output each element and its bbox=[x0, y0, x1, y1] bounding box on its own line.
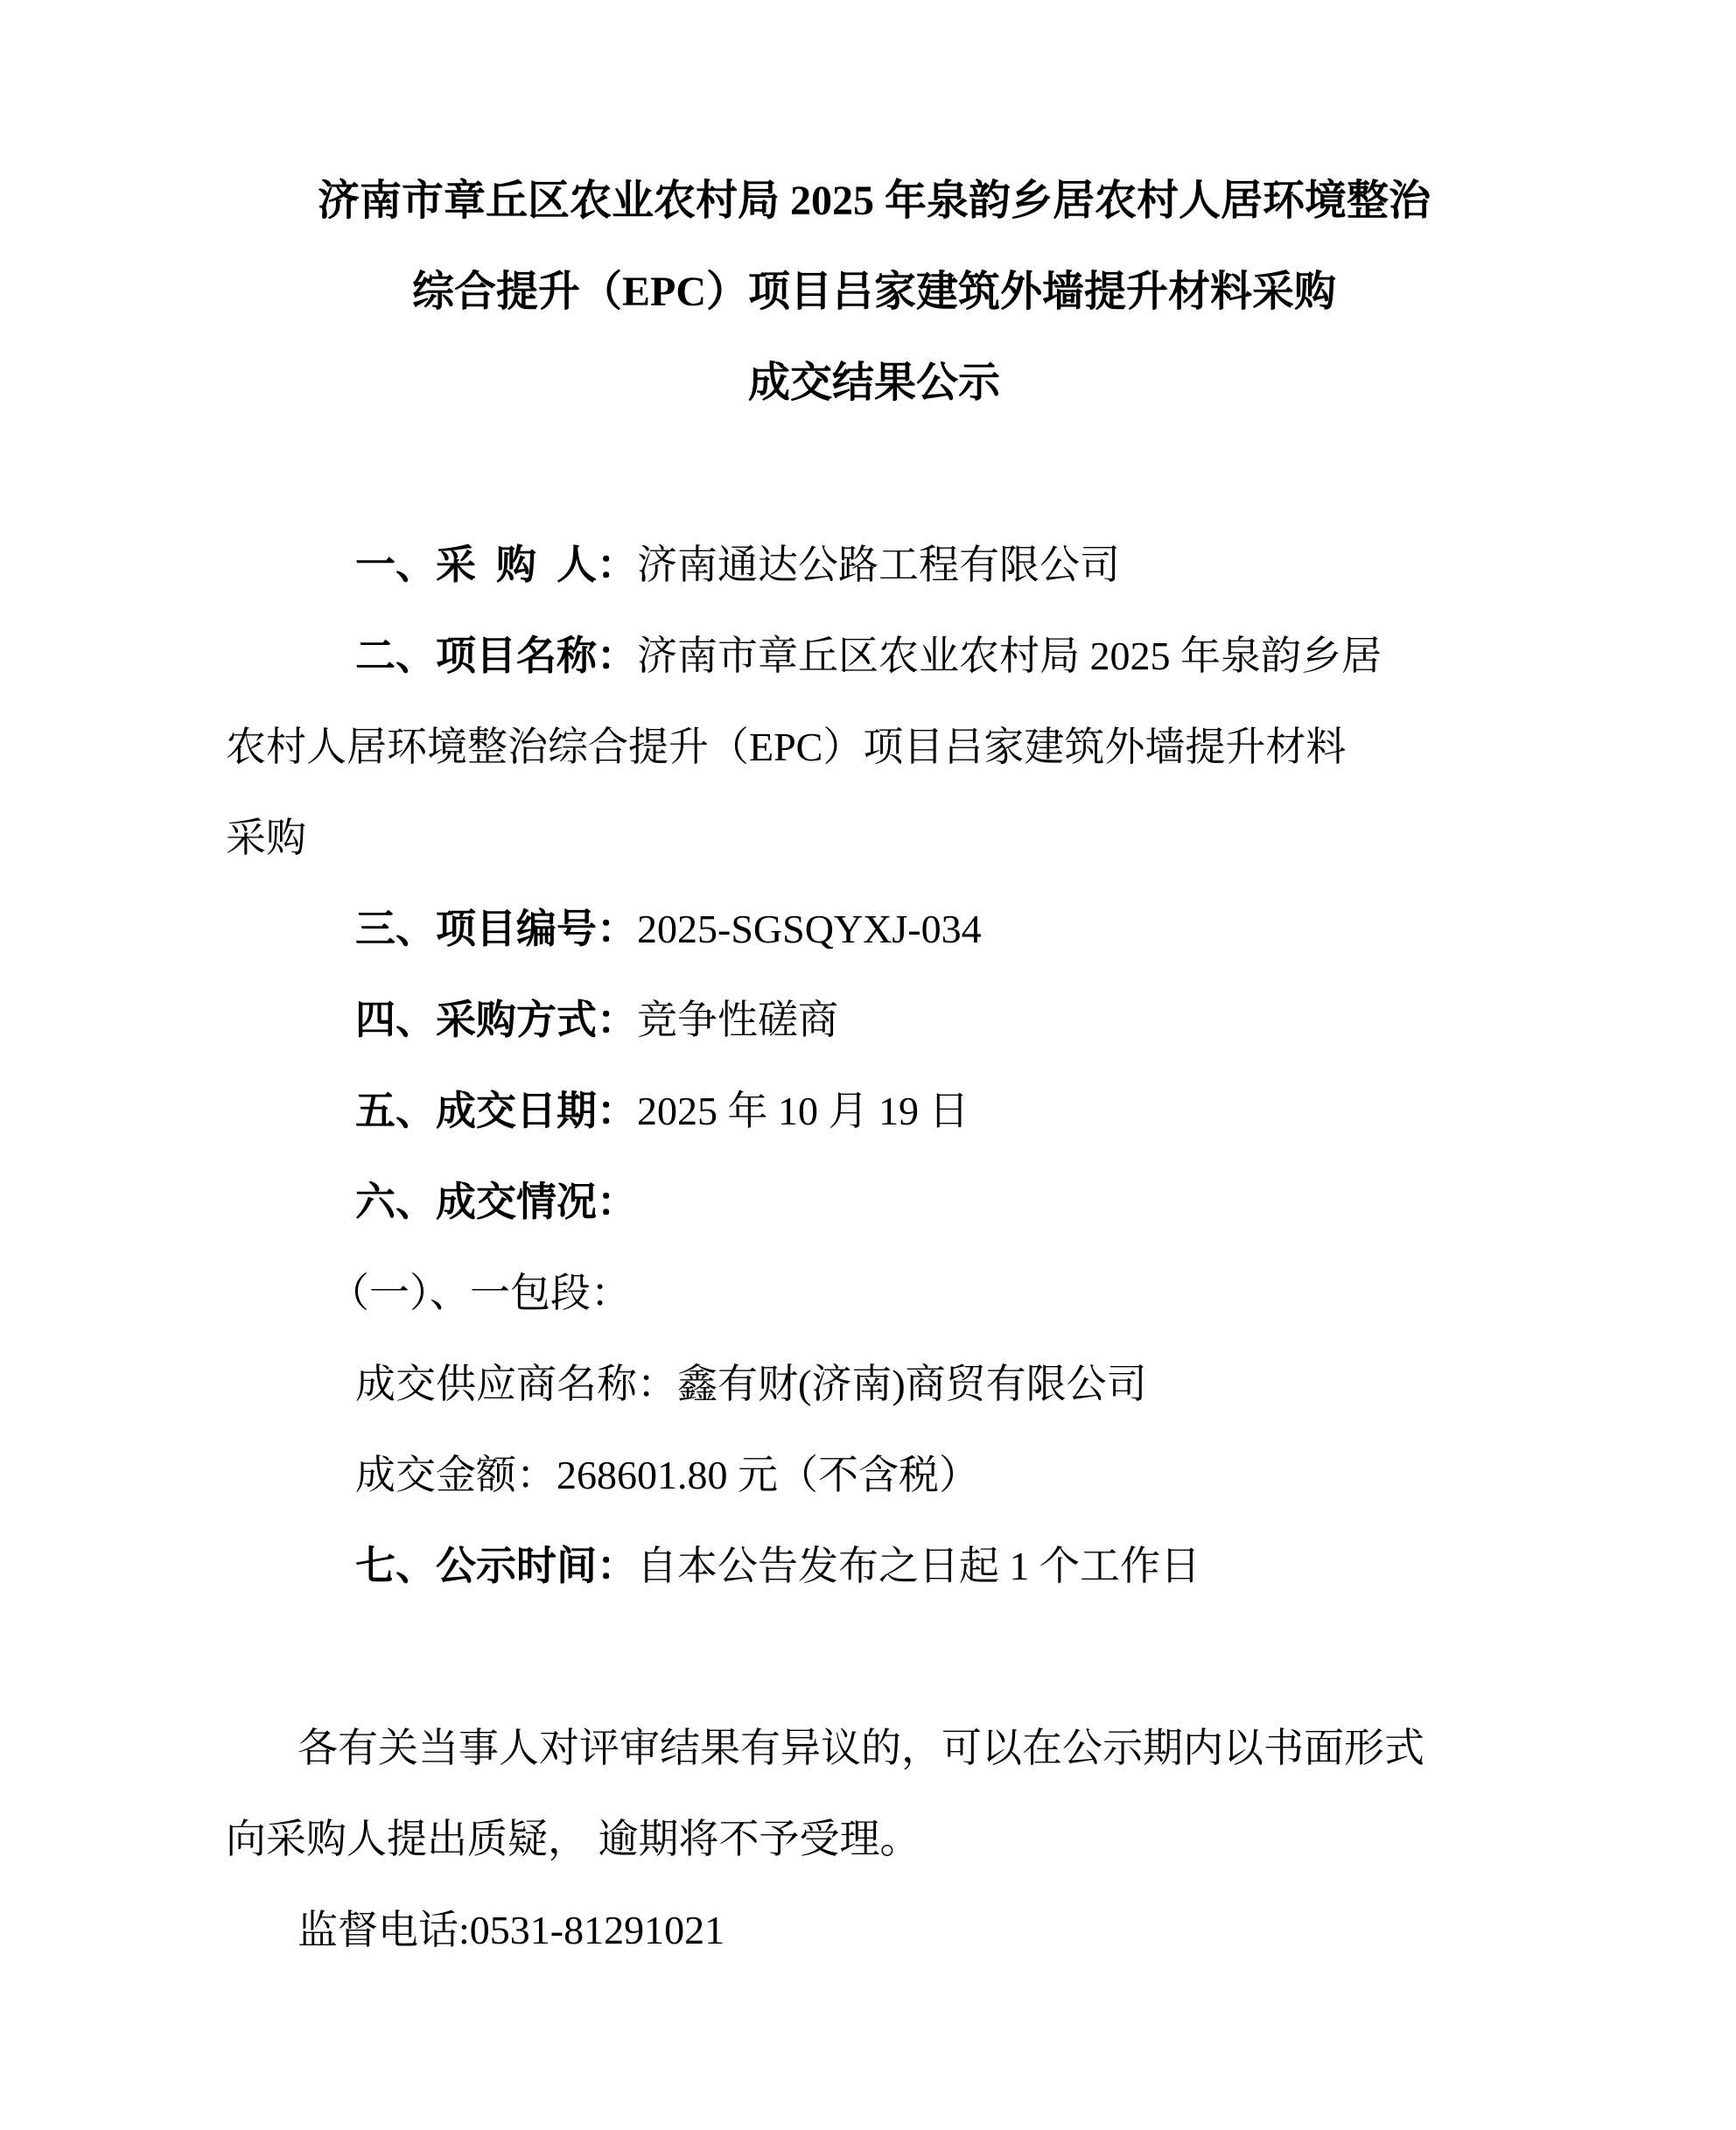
document-content: 济南市章丘区农业农村局 2025 年泉韵乡居农村人居环境整治 综合提升（EPC）… bbox=[0, 0, 1736, 1976]
procurement-method-line: 四、采购方式：竞争性磋商 bbox=[226, 975, 1522, 1066]
supplier-line: 成交供应商名称：鑫有财(济南)商贸有限公司 bbox=[226, 1339, 1522, 1430]
supervision-phone-text: 监督电话:0531-81291021 bbox=[297, 1908, 724, 1952]
body-closing-gap bbox=[226, 1612, 1522, 1703]
procurement-method-value: 竞争性磋商 bbox=[637, 998, 838, 1042]
deal-date-value: 2025 年 10 月 19 日 bbox=[637, 1089, 969, 1133]
purchaser-label: 一、采 购 人： bbox=[355, 543, 637, 587]
deal-date-label: 五、成交日期： bbox=[355, 1089, 637, 1133]
project-name-label: 二、项目名称： bbox=[355, 634, 637, 678]
publicity-period-line: 七、公示时间：自本公告发布之日起 1 个工作日 bbox=[226, 1521, 1522, 1612]
purchaser-line: 一、采 购 人：济南通达公路工程有限公司 bbox=[226, 520, 1522, 611]
objection-text-2: 向采购人提出质疑， 逾期将不予受理。 bbox=[226, 1817, 920, 1861]
project-number-line: 三、项目编号：2025-SGSQYXJ-034 bbox=[226, 884, 1522, 975]
project-number-value: 2025-SGSQYXJ-034 bbox=[637, 907, 982, 951]
project-name-continuation-2: 采购 bbox=[226, 816, 306, 860]
deal-status-label: 六、成交情况： bbox=[355, 1180, 637, 1224]
package-one-text: （一）、一包段： bbox=[329, 1271, 631, 1315]
title-line-2: 综合提升（EPC）项目吕家建筑外墙提升材料采购 bbox=[226, 247, 1522, 338]
supplier-text: 成交供应商名称：鑫有财(济南)商贸有限公司 bbox=[355, 1362, 1147, 1406]
project-name-continuation-line-2: 采购 bbox=[226, 793, 1522, 884]
amount-line: 成交金额：268601.80 元（不含税） bbox=[226, 1430, 1522, 1521]
deal-date-line: 五、成交日期：2025 年 10 月 19 日 bbox=[226, 1066, 1522, 1157]
deal-status-line: 六、成交情况： bbox=[226, 1157, 1522, 1248]
project-name-continuation-line-1: 农村人居环境整治综合提升（EPC）项目吕家建筑外墙提升材料 bbox=[226, 702, 1522, 793]
project-name-continuation-1: 农村人居环境整治综合提升（EPC）项目吕家建筑外墙提升材料 bbox=[226, 725, 1346, 769]
package-one-line: （一）、一包段： bbox=[226, 1248, 1522, 1339]
title-line-3: 成交结果公示 bbox=[226, 338, 1522, 429]
supervision-phone-line: 监督电话:0531-81291021 bbox=[226, 1885, 1522, 1976]
objection-line-2: 向采购人提出质疑， 逾期将不予受理。 bbox=[226, 1794, 1522, 1885]
publicity-period-label: 七、公示时间： bbox=[355, 1544, 637, 1588]
project-name-line: 二、项目名称：济南市章丘区农业农村局 2025 年泉韵乡居 bbox=[226, 611, 1522, 702]
title-line-1: 济南市章丘区农业农村局 2025 年泉韵乡居农村人居环境整治 bbox=[226, 156, 1522, 247]
objection-text-1: 各有关当事人对评审结果有异议的，可以在公示期内以书面形式 bbox=[297, 1726, 1424, 1770]
title-body-gap bbox=[226, 429, 1522, 520]
document-page: 济南市章丘区农业农村局 2025 年泉韵乡居农村人居环境整治 综合提升（EPC）… bbox=[0, 0, 1736, 2130]
project-name-value: 济南市章丘区农业农村局 2025 年泉韵乡居 bbox=[637, 634, 1382, 678]
procurement-method-label: 四、采购方式： bbox=[355, 998, 637, 1042]
amount-text: 成交金额：268601.80 元（不含税） bbox=[355, 1453, 979, 1497]
project-number-label: 三、项目编号： bbox=[355, 907, 637, 951]
purchaser-value: 济南通达公路工程有限公司 bbox=[637, 543, 1120, 587]
objection-line-1: 各有关当事人对评审结果有异议的，可以在公示期内以书面形式 bbox=[226, 1703, 1522, 1794]
publicity-period-value: 自本公告发布之日起 1 个工作日 bbox=[637, 1544, 1200, 1588]
